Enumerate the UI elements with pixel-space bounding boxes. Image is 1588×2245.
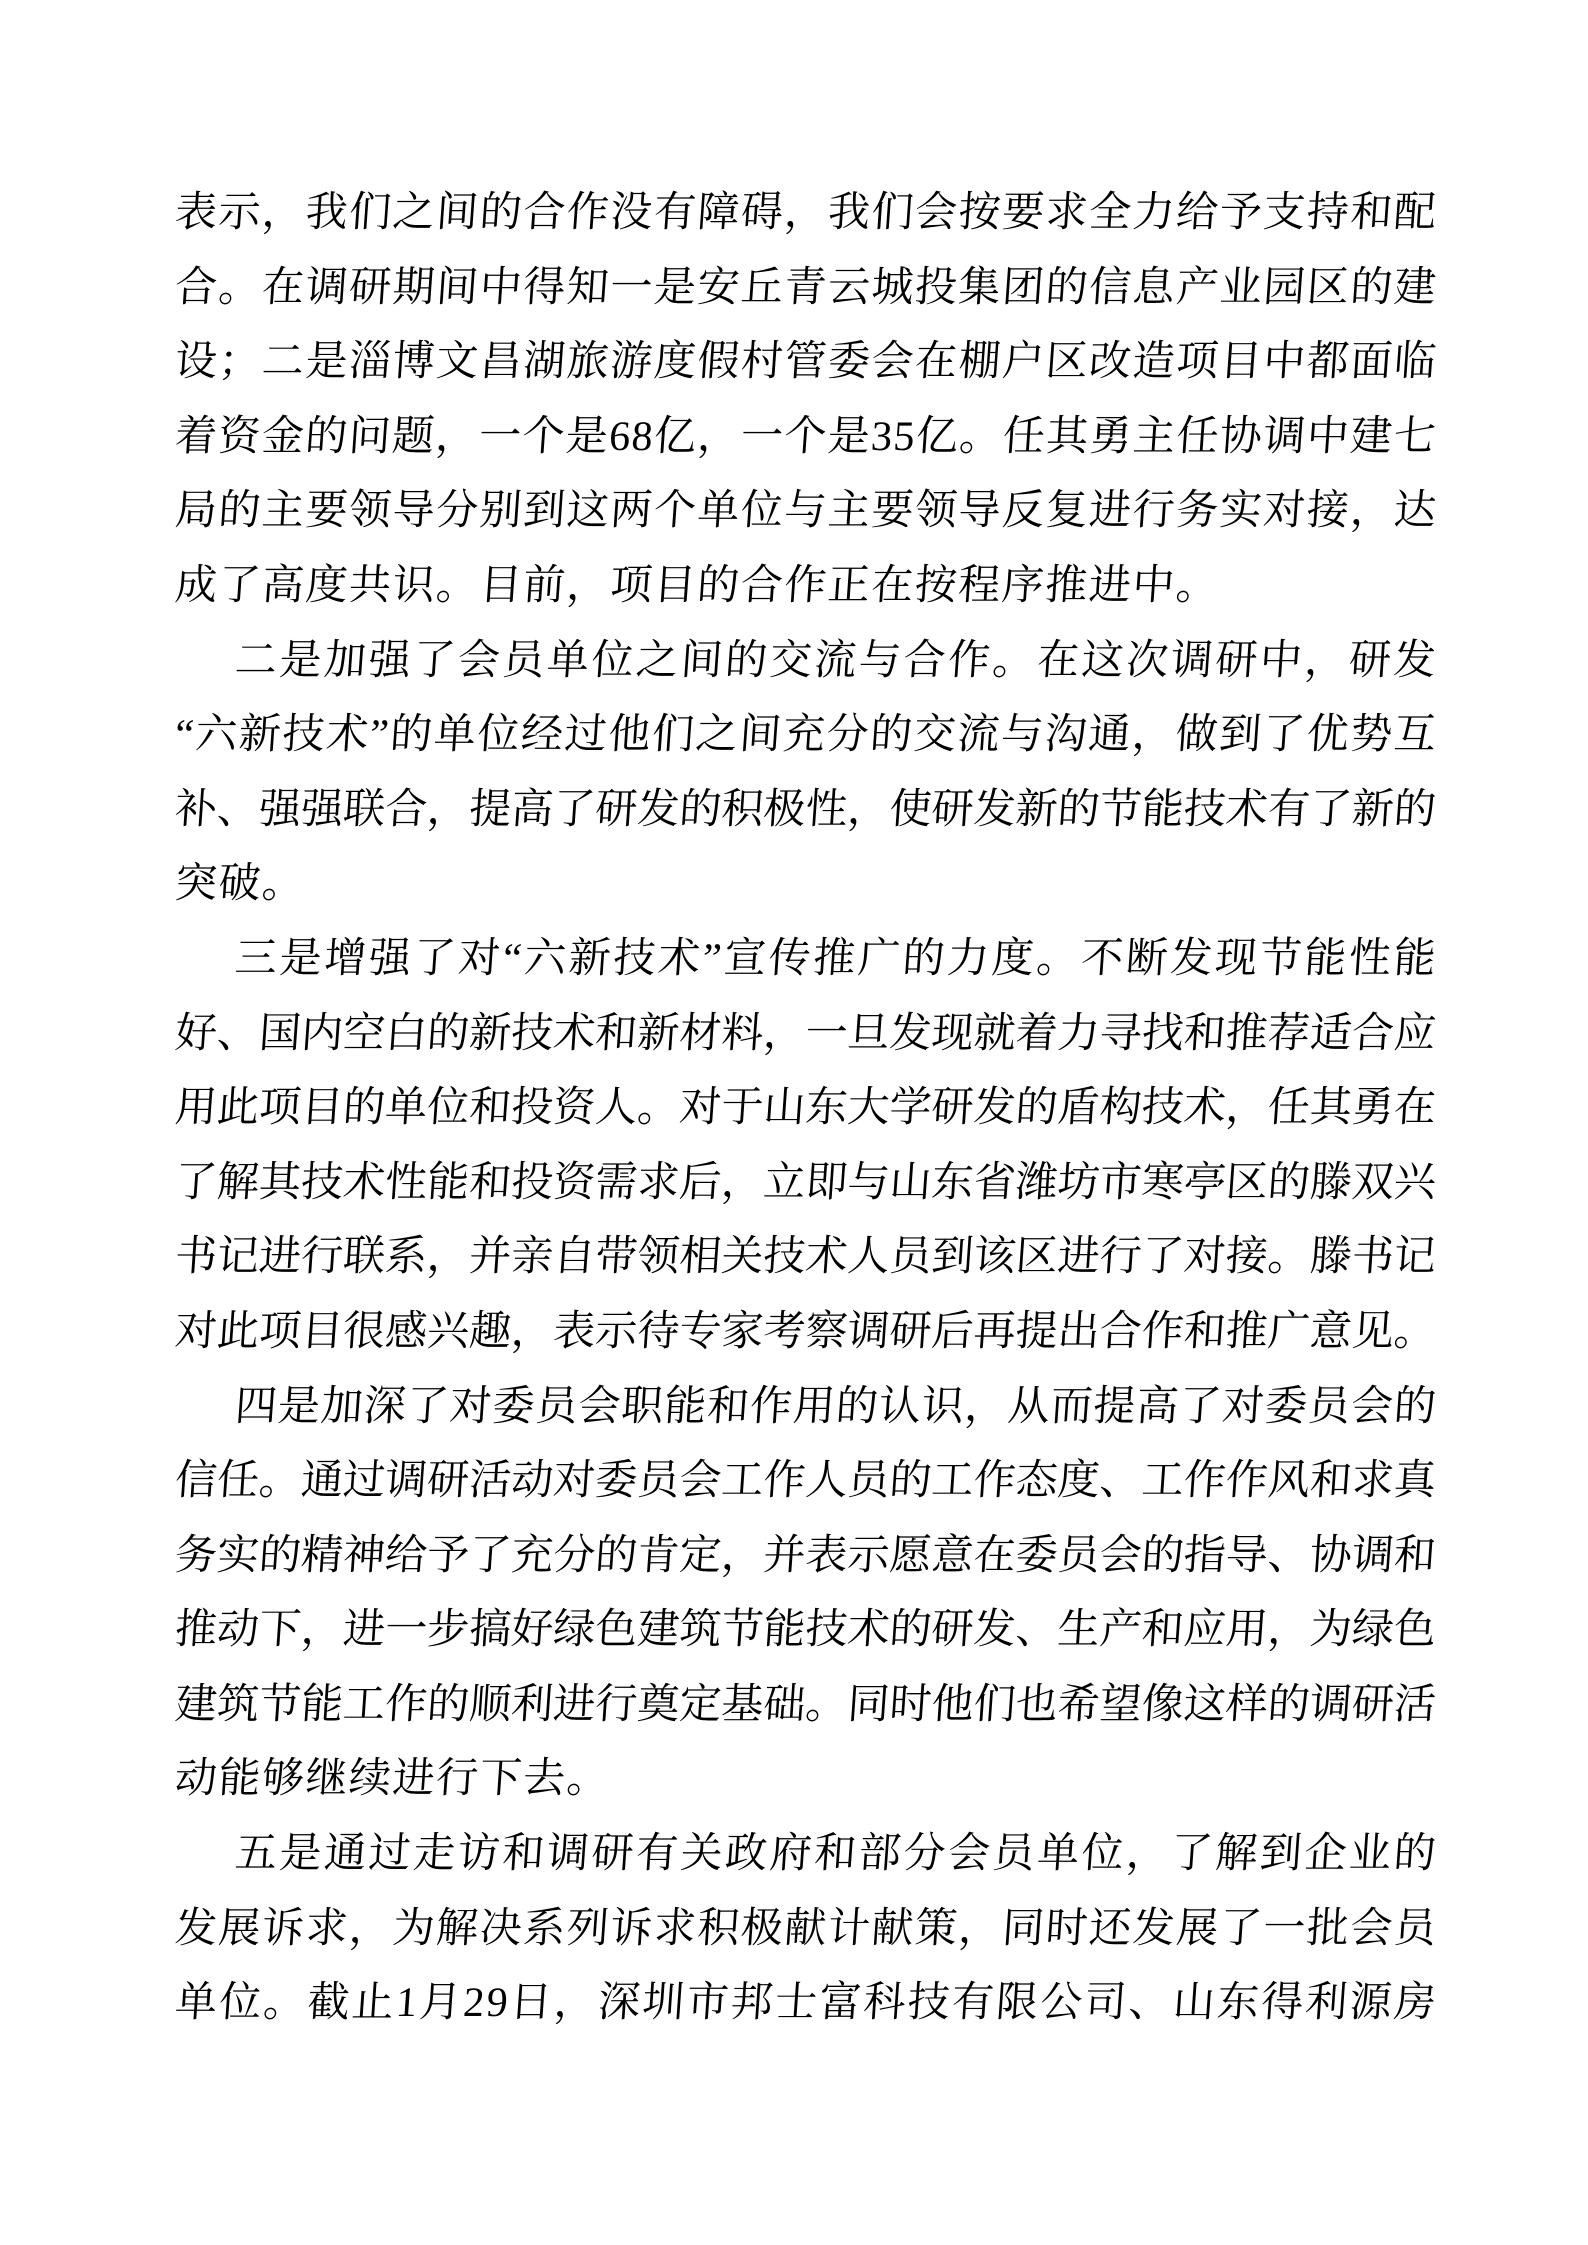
char: 节 xyxy=(1258,938,1303,980)
char: 这 xyxy=(1182,1684,1227,1726)
char: 同 xyxy=(1001,1908,1046,1950)
char: 的 xyxy=(888,1460,933,1502)
char: 技 xyxy=(804,1610,849,1652)
char: 员 xyxy=(888,1237,933,1279)
char: 进 xyxy=(258,1237,303,1279)
char: 能 xyxy=(1140,789,1185,831)
char: 博 xyxy=(391,341,436,383)
char: 系 xyxy=(384,1237,429,1279)
char: 了 xyxy=(1308,789,1353,831)
char: ” xyxy=(368,714,390,756)
char: ， xyxy=(1131,714,1176,756)
char: 通 xyxy=(300,1460,345,1502)
char: 题 xyxy=(391,416,436,458)
char: 趣 xyxy=(468,1311,513,1353)
char: ， xyxy=(565,565,610,607)
char: 是 xyxy=(278,1833,323,1875)
char: 使 xyxy=(888,789,933,831)
char: ， xyxy=(426,789,471,831)
char: 行 xyxy=(435,1759,480,1801)
char: 研 xyxy=(348,267,393,309)
char: 。 xyxy=(565,1759,610,1801)
char: 节 xyxy=(258,1684,303,1726)
char: 程 xyxy=(957,565,1002,607)
char: 其 xyxy=(1308,1087,1353,1129)
char: 游 xyxy=(609,341,654,383)
char: 和 xyxy=(1392,1535,1437,1577)
char: 着 xyxy=(174,416,219,458)
char: 适 xyxy=(1308,1013,1353,1055)
char: 和 xyxy=(1140,1610,1185,1652)
char: 时 xyxy=(1044,1908,1089,1950)
char: 专 xyxy=(678,1311,723,1353)
char: 期 xyxy=(391,267,436,309)
char: 户 xyxy=(1001,341,1046,383)
char: 障 xyxy=(696,192,741,234)
char: 分 xyxy=(435,491,480,533)
char: 二 xyxy=(234,640,279,682)
char: 止 xyxy=(350,1983,395,2025)
char: 求 xyxy=(652,1908,697,1950)
char: 提 xyxy=(1092,1386,1137,1428)
char: 云 xyxy=(827,267,872,309)
char: 亭 xyxy=(1182,1162,1227,1204)
char: 定 xyxy=(678,1535,723,1577)
char: 下 xyxy=(478,1759,523,1801)
char: 构 xyxy=(1098,1087,1143,1129)
char: 很 xyxy=(342,1311,387,1353)
char: 解 xyxy=(1214,1833,1259,1875)
char: 访 xyxy=(456,1833,501,1875)
char: 这 xyxy=(565,491,610,533)
char: 作 xyxy=(762,1460,807,1502)
char: 配 xyxy=(1392,192,1437,234)
char: 强 xyxy=(258,789,303,831)
text-line: 务实的精神给予了充分的肯定，并表示愿意在委员会的指导、协调和 xyxy=(172,1519,1438,1594)
char: 过 xyxy=(367,1833,412,1875)
char: 对 xyxy=(1262,491,1307,533)
char: 表 xyxy=(804,1535,849,1577)
char: 技 xyxy=(1182,789,1227,831)
char: 山 xyxy=(888,1162,933,1204)
char: 之 xyxy=(391,192,436,234)
char: 研 xyxy=(930,789,975,831)
text-line: 信任。通过调研活动对委员会工作人员的工作态度、工作作风和求真 xyxy=(172,1444,1438,1519)
char: 的 xyxy=(678,789,723,831)
char: 。 xyxy=(636,1087,681,1129)
char: 定 xyxy=(678,1684,723,1726)
char: ， xyxy=(846,789,891,831)
char: 邦 xyxy=(729,1983,774,2025)
char: 主 xyxy=(1132,416,1177,458)
char: 在 xyxy=(972,1535,1017,1577)
char: 我 xyxy=(304,192,349,234)
char: 中 xyxy=(1262,341,1307,383)
char: 作 xyxy=(749,1386,794,1428)
char: 公 xyxy=(1039,1983,1084,2025)
char: 认 xyxy=(877,1386,922,1428)
char: 进 xyxy=(391,1759,436,1801)
char: 表 xyxy=(552,1311,597,1353)
char: 亿 xyxy=(914,416,959,458)
char: 础 xyxy=(762,1684,807,1726)
char: 次 xyxy=(1125,640,1170,682)
char: 像 xyxy=(1140,1684,1185,1726)
char: 。 xyxy=(1266,1237,1311,1279)
char: 新 xyxy=(237,714,282,756)
char: 察 xyxy=(804,1311,849,1353)
char: 士 xyxy=(774,1983,819,2025)
char: 、 xyxy=(1014,1610,1059,1652)
char: 知 xyxy=(565,267,610,309)
char: 的 xyxy=(696,565,741,607)
char: 充 xyxy=(510,1535,555,1577)
char: 发 xyxy=(972,789,1017,831)
char: 力 xyxy=(946,938,991,980)
char: 们 xyxy=(870,192,915,234)
char: 继 xyxy=(304,1759,349,1801)
char: 在 xyxy=(1036,640,1081,682)
char: 的 xyxy=(594,1535,639,1577)
char: 合 xyxy=(174,267,219,309)
char: 有 xyxy=(652,192,697,234)
char: 好 xyxy=(174,1013,219,1055)
char: 一 xyxy=(609,267,654,309)
char: 了 xyxy=(405,1386,450,1428)
char: 。 xyxy=(262,1983,307,2025)
char: 的 xyxy=(1349,267,1394,309)
char: 的 xyxy=(258,1535,303,1577)
char: 二 xyxy=(261,341,306,383)
text-line: 用此项目的单位和投资人。对于山东大学研发的盾构技术，任其勇在 xyxy=(172,1071,1438,1146)
char: 内 xyxy=(300,1013,345,1055)
char: 坊 xyxy=(1056,1162,1101,1204)
char: “ xyxy=(174,714,196,756)
char: 市 xyxy=(685,1983,730,2025)
char: 会 xyxy=(1349,1908,1394,1950)
char: ， xyxy=(696,416,741,458)
char: 作 xyxy=(947,640,992,682)
char: 的 xyxy=(342,1087,387,1129)
char: 策 xyxy=(914,1908,959,1950)
char: 任 xyxy=(1266,1087,1311,1129)
char: 。 xyxy=(958,416,1003,458)
char: 予 xyxy=(1218,192,1263,234)
char: 员 xyxy=(1056,1535,1101,1577)
char: 其 xyxy=(1045,416,1090,458)
char: 术 xyxy=(1224,789,1269,831)
char: 会 xyxy=(947,1833,992,1875)
char: 还 xyxy=(1088,1908,1133,1950)
char: 工 xyxy=(1140,1460,1185,1502)
char: 个 xyxy=(783,416,828,458)
text-line: “六新技术”的单位经过他们之间充分的交流与沟通，做到了优势互 xyxy=(172,698,1438,773)
char: 业 xyxy=(1348,1833,1393,1875)
char: 团 xyxy=(1001,267,1046,309)
char: 和 xyxy=(813,1833,858,1875)
char: 了 xyxy=(412,640,457,682)
char: “ xyxy=(501,938,523,980)
char: 到 xyxy=(1218,714,1263,756)
char: 和 xyxy=(706,1386,751,1428)
text-line: 建筑节能工作的顺利进行奠定基础。同时他们也希望像这样的调研活 xyxy=(172,1668,1438,1743)
char: 通 xyxy=(1087,714,1132,756)
char: 单 xyxy=(545,640,590,682)
char: 断 xyxy=(1124,938,1169,980)
char: 的 xyxy=(1266,1684,1311,1726)
char: 城 xyxy=(870,267,915,309)
char: 精 xyxy=(300,1535,345,1577)
char: 的 xyxy=(304,416,349,458)
char: 要 xyxy=(304,491,349,533)
char: 度 xyxy=(304,565,349,607)
char: 了 xyxy=(1261,714,1306,756)
text-line: 着资金的问题，一个是68亿，一个是35亿。任其勇主任协调中建七 xyxy=(172,400,1438,475)
char: 调 xyxy=(1262,416,1307,458)
char: 实 xyxy=(216,1535,261,1577)
char: 动 xyxy=(216,1610,261,1652)
char: 为 xyxy=(391,1908,436,1950)
char: 能 xyxy=(1392,938,1437,980)
char: 其 xyxy=(258,1162,303,1204)
char: 滕 xyxy=(1308,1237,1353,1279)
char: 职 xyxy=(620,1386,665,1428)
char: 和 xyxy=(1182,1311,1227,1353)
char: 好 xyxy=(510,1610,555,1652)
char: 科 xyxy=(862,1983,907,2025)
char: 委 xyxy=(594,1460,639,1502)
char: 调 xyxy=(304,267,349,309)
char: 找 xyxy=(1140,1013,1185,1055)
char: 这 xyxy=(1080,640,1125,682)
text-line: 单位。截止1月29日，深圳市邦士富科技有限公司、山东得利源房 xyxy=(172,1966,1438,2041)
char: 的 xyxy=(1140,1535,1185,1577)
char: 调 xyxy=(1350,1535,1395,1577)
char: 项 xyxy=(609,565,654,607)
char: 个 xyxy=(521,416,566,458)
char: 活 xyxy=(468,1460,513,1502)
char: 的 xyxy=(1014,1087,1059,1129)
char: 关 xyxy=(720,1237,765,1279)
char: 批 xyxy=(1305,1908,1350,1950)
char: 再 xyxy=(972,1311,1017,1353)
char: 展 xyxy=(1175,1908,1220,1950)
char: 一 xyxy=(804,1013,849,1055)
char: 求 xyxy=(1044,192,1089,234)
char: 之 xyxy=(635,640,680,682)
char: 顺 xyxy=(468,1684,513,1726)
char: 利 xyxy=(510,1684,555,1726)
char: 学 xyxy=(888,1087,933,1129)
char: 间 xyxy=(435,267,480,309)
char: 研 xyxy=(1350,1684,1395,1726)
char: 发 xyxy=(972,1610,1017,1652)
char: ， xyxy=(762,1013,807,1055)
char: 极 xyxy=(762,789,807,831)
char: 后 xyxy=(930,1311,975,1353)
char: 接 xyxy=(1224,1237,1269,1279)
char: 是 xyxy=(278,640,323,682)
char: 自 xyxy=(552,1237,597,1279)
char: 作 xyxy=(783,565,828,607)
char: 任 xyxy=(1175,416,1220,458)
char: 进 xyxy=(1087,565,1132,607)
char: 与 xyxy=(1000,714,1045,756)
text-line: 二是加强了会员单位之间的交流与合作。在这次调研中，研发 xyxy=(172,624,1438,699)
char: 与 xyxy=(783,491,828,533)
char: 导 xyxy=(391,491,436,533)
char: 积 xyxy=(720,789,765,831)
char: ， xyxy=(1303,640,1348,682)
text-line: 补、强强联合，提高了研发的积极性，使研发新的节能技术有了新的 xyxy=(172,773,1438,848)
char: 的 xyxy=(888,1610,933,1652)
char: 联 xyxy=(342,789,387,831)
char: 双 xyxy=(1350,1162,1395,1204)
char: 亿 xyxy=(653,416,698,458)
char: 富 xyxy=(818,1983,863,2025)
char: 8 xyxy=(630,416,654,458)
char: 互 xyxy=(1392,714,1437,756)
char: 单 xyxy=(1036,1833,1081,1875)
char: 解 xyxy=(435,1908,480,1950)
char: ， xyxy=(720,1535,765,1577)
text-line: 五是通过走访和调研有关政府和部分会员单位，了解到企业的 xyxy=(172,1817,1438,1892)
char: 复 xyxy=(1044,491,1089,533)
char: 我 xyxy=(827,192,872,234)
char: 能 xyxy=(762,1610,807,1652)
char: 目 xyxy=(300,1087,345,1129)
char: 和 xyxy=(1182,1013,1227,1055)
char: 和 xyxy=(1349,192,1394,234)
char: 他 xyxy=(930,1684,975,1726)
char: 投 xyxy=(510,1162,555,1204)
char: 搞 xyxy=(468,1610,513,1652)
char: 力 xyxy=(1056,1013,1101,1055)
char: 投 xyxy=(914,267,959,309)
char: 研 xyxy=(594,789,639,831)
char: 突 xyxy=(174,864,219,906)
char: 新 xyxy=(636,1013,681,1055)
char: 两 xyxy=(609,491,654,533)
char: 合 xyxy=(1098,1311,1143,1353)
char: 合 xyxy=(384,789,429,831)
char: 技 xyxy=(1140,1087,1185,1129)
char: 项 xyxy=(258,1087,303,1129)
char: 做 xyxy=(1174,714,1219,756)
char: 临 xyxy=(1392,341,1437,383)
char: 调 xyxy=(846,1311,891,1353)
char: 合 xyxy=(522,192,567,234)
char: 员 xyxy=(991,1833,1036,1875)
char: 领 xyxy=(348,491,393,533)
char: 目 xyxy=(300,1311,345,1353)
char: 了 xyxy=(1169,1833,1214,1875)
char: 员 xyxy=(846,1460,891,1502)
char: 发 xyxy=(1169,938,1214,980)
char: 昌 xyxy=(478,341,523,383)
char: 加 xyxy=(323,640,368,682)
char: 并 xyxy=(762,1535,807,1577)
char: 是 xyxy=(276,1386,321,1428)
char: 。 xyxy=(217,267,262,309)
char: 能 xyxy=(300,1684,345,1726)
char: 的 xyxy=(217,491,262,533)
char: 解 xyxy=(216,1162,261,1204)
char: 资 xyxy=(552,1162,597,1204)
char: 领 xyxy=(914,491,959,533)
char: 求 xyxy=(304,1908,349,1950)
char: 够 xyxy=(261,1759,306,1801)
char: 推 xyxy=(1224,1013,1269,1055)
char: 省 xyxy=(972,1162,1017,1204)
char: 中 xyxy=(478,267,523,309)
char: 和 xyxy=(594,1013,639,1055)
char: 推 xyxy=(812,938,857,980)
document-page: 表示，我们之间的合作没有障碍，我们会按要求全力给予支持和配合。在调研期间中得知一… xyxy=(0,0,1588,2245)
char: 安 xyxy=(696,267,741,309)
char: 兴 xyxy=(1392,1162,1437,1204)
char: 术 xyxy=(1182,1087,1227,1129)
text-line: 对此项目很感兴趣，表示待专家考察调研后再提出合作和推广意见。 xyxy=(172,1295,1438,1370)
char: 绿 xyxy=(1350,1610,1395,1652)
char: 设 xyxy=(174,341,219,383)
char: 深 xyxy=(597,1983,642,2025)
char: 和 xyxy=(501,1833,546,1875)
char: 主 xyxy=(827,491,872,533)
char: 用 xyxy=(792,1386,837,1428)
char: 项 xyxy=(1175,341,1220,383)
char: 勇 xyxy=(1350,1087,1395,1129)
char: 单 xyxy=(432,714,477,756)
char: 宣 xyxy=(723,938,768,980)
char: 位 xyxy=(218,1983,263,2025)
char: 即 xyxy=(804,1162,849,1204)
char: 局 xyxy=(174,491,219,533)
char: 愿 xyxy=(888,1535,933,1577)
document-body: 表示，我们之间的合作没有障碍，我们会按要求全力给予支持和配合。在调研期间中得知一… xyxy=(175,176,1436,2041)
char: 的 xyxy=(724,640,769,682)
char: 会 xyxy=(1350,1386,1395,1428)
char: 要 xyxy=(870,491,915,533)
char: 序 xyxy=(1000,565,1045,607)
char: 、 xyxy=(216,789,261,831)
char: 到 xyxy=(930,1237,975,1279)
char: 作 xyxy=(1140,1311,1185,1353)
text-line: 成了高度共识。目前，项目的合作正在按程序推进中。 xyxy=(172,549,1438,624)
char: 该 xyxy=(972,1237,1017,1279)
char: 大 xyxy=(846,1087,891,1129)
char: 间 xyxy=(738,714,783,756)
char: 应 xyxy=(1392,1013,1437,1055)
char: 会 xyxy=(1098,1535,1143,1577)
char: 术 xyxy=(657,938,702,980)
char: 带 xyxy=(594,1237,639,1279)
char: 委 xyxy=(1014,1535,1059,1577)
char: 力 xyxy=(1131,192,1176,234)
char: 协 xyxy=(1218,416,1263,458)
char: 部 xyxy=(857,1833,902,1875)
char: 都 xyxy=(1305,341,1350,383)
char: 高 xyxy=(261,565,306,607)
char: 棚 xyxy=(957,341,1002,383)
char: 性 xyxy=(384,1162,429,1204)
char: 一 xyxy=(739,416,784,458)
char: 寻 xyxy=(1098,1013,1143,1055)
char: 续 xyxy=(348,1759,393,1801)
char: 的 xyxy=(901,938,946,980)
text-line: 书记进行联系，并亲自带领相关技术人员到该区进行了对接。滕书记 xyxy=(172,1220,1438,1295)
char: 委 xyxy=(827,341,872,383)
